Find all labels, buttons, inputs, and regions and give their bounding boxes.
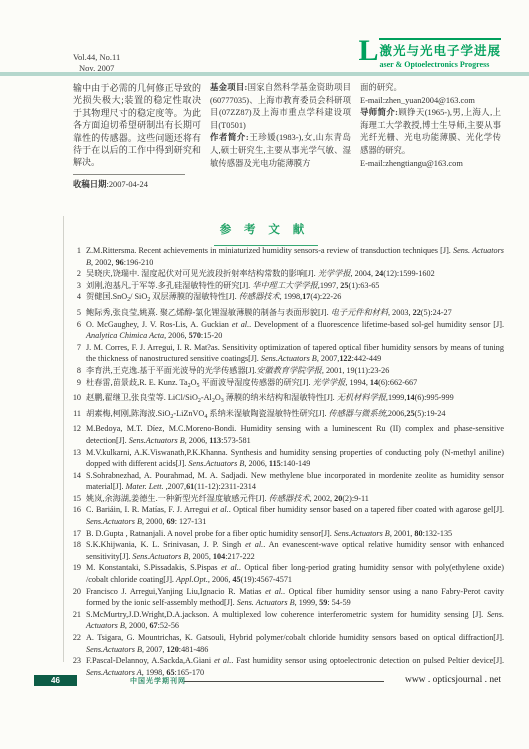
reference-text: M. Konstantaki, S.Pissadakis, S.Pispas e… [86, 562, 504, 585]
advisor-bio-note: 导师简介:顾铮天(1965-),男,上海人,上海理工大学教授,博士生导师,主要从… [360, 107, 501, 157]
reference-item: 7J. M. Corres, F. J. Arregui, I. R. Mat?… [68, 342, 504, 365]
reference-text: M.V.kulkarni, A.K.Viswanath,P.K.Khanna. … [86, 447, 504, 470]
reference-item: 16C. Bariáin, I. R. Matías, F. J. Arregu… [68, 504, 504, 527]
reference-item: 22A. Tsigara, G. Mountrichas, K. Gatsoul… [68, 632, 504, 655]
reference-text: 李育洪,王克逸.基于平面光波导的光学传感器[J].安徽教育学院学报, 2001,… [86, 365, 504, 377]
reference-text: O. McGaughey, J. V. Ros-Lis, A. Guckian … [86, 319, 504, 342]
reference-item: 13M.V.kulkarni, A.K.Viswanath,P.K.Khanna… [68, 447, 504, 470]
reference-text: 吴晓庆,饶瑞中. 湿度起伏对可见光波段折射率结构常数的影响[J]. 光学学报, … [86, 268, 504, 280]
fund-label: 基金项目: [210, 83, 247, 92]
reference-item: 8李育洪,王克逸.基于平面光波导的光学传感器[J].安徽教育学院学报, 2001… [68, 365, 504, 377]
reference-item: 11胡素梅,柯刚,陈海波.SiO2-LiZnVO4 系纳米湿敏陶瓷湿敏特性研究[… [68, 408, 504, 424]
reference-item: 9杜春雷,苗景歧,R. E. Kunz. Ta2O5 平面波导湿度传感器的研究[… [68, 377, 504, 393]
reference-item: 19M. Konstantaki, S.Pissadakis, S.Pispas… [68, 562, 504, 585]
journal-logo: L 激光与光电子学进展 aser & Optoelectronics Progr… [358, 38, 501, 69]
journal-page: Vol.44, No.11 Nov. 2007 L 激光与光电子学进展 aser… [0, 0, 529, 749]
reference-text: 赵鹏,翟继卫,张良莹等. LiCl/SiO2-Al2O3 薄膜的纳米结构和湿敏特… [86, 392, 504, 408]
author-email: E-mail:zhen_yuan2004@163.com [360, 95, 501, 108]
reference-number: 12 [68, 423, 81, 446]
received-label: 收稿日期 [73, 180, 107, 189]
fund-note: 基金项目:国家自然科学基金资助项目(60777035)、上海市教育委员会科研项目… [210, 82, 351, 132]
reference-text: 杜春雷,苗景歧,R. E. Kunz. Ta2O5 平面波导湿度传感器的研究[J… [86, 377, 504, 393]
reference-item: 18S.K.Khijwania, K. L. Srinivasan, J. P.… [68, 539, 504, 562]
reference-text: S.Sohrabnezhad, A. Pourahmad, M. A. Sadj… [86, 470, 504, 493]
reference-item: 10赵鹏,翟继卫,张良莹等. LiCl/SiO2-Al2O3 薄膜的纳米结构和湿… [68, 392, 504, 408]
body-text-column: 输中由于必需的几何修正导致的光损失极大;装置的稳定性取决于其物理尺寸的稳定度等。… [73, 82, 201, 191]
reference-number: 1 [68, 245, 81, 268]
logo-initial-letter: L [358, 38, 378, 64]
reference-number: 22 [68, 632, 81, 655]
reference-item: 15姚岚,余海湖,姜德生.一种新型光纤湿度敏感元件[J]. 传感器技术, 200… [68, 493, 504, 505]
publisher-site-cn: 中国光学期刊网 [130, 676, 186, 686]
references-heading: 参 考 文 献 [0, 221, 529, 237]
reference-number: 2 [68, 268, 81, 280]
received-value: :2007-04-24 [107, 180, 148, 189]
reference-number: 19 [68, 562, 81, 585]
reference-text: 贺健国.SnO2/ SiO2 双层薄膜的湿敏特性[J]. 传感器技术, 1998… [86, 291, 504, 307]
page-number-badge: 46 [34, 675, 77, 686]
reference-number: 5 [68, 307, 81, 319]
reference-number: 9 [68, 377, 81, 393]
left-margin-rule [63, 216, 64, 662]
reference-text: A. Tsigara, G. Mountrichas, K. Gatsouli,… [86, 632, 504, 655]
reference-number: 13 [68, 447, 81, 470]
author-bio-note: 作者简介:王珍媛(1983-),女,山东青岛人,硕士研究生,主要从事光学气敏、湿… [210, 132, 351, 170]
reference-text: S.McMurtry,J.D.Wright,D.A.jackson. A mul… [86, 609, 504, 632]
advisor-bio-label: 导师简介: [360, 108, 398, 117]
reference-item: 20Francisco J. Arregui,Yanjing Liu,Ignac… [68, 586, 504, 609]
reference-item: 6O. McGaughey, J. V. Ros-Lis, A. Guckian… [68, 319, 504, 342]
footnote-rule [73, 174, 185, 175]
reference-number: 7 [68, 342, 81, 365]
advisor-column: 面的研究。 E-mail:zhen_yuan2004@163.com 导师简介:… [360, 82, 501, 191]
reference-number: 18 [68, 539, 81, 562]
reference-number: 14 [68, 470, 81, 493]
reference-number: 21 [68, 609, 81, 632]
reference-text: 胡素梅,柯刚,陈海波.SiO2-LiZnVO4 系纳米湿敏陶瓷湿敏特性研究[J]… [86, 408, 504, 424]
author-bio-label: 作者简介: [210, 133, 249, 142]
body-paragraph: 输中由于必需的几何修正导致的光损失极大;装置的稳定性取决于其物理尺寸的稳定度等。… [73, 82, 201, 169]
volume-line: Vol.44, No.11 [73, 52, 120, 63]
received-date-line: 收稿日期:2007-04-24 [73, 179, 201, 191]
journal-title-cn: 激光与光电子学进展 [379, 41, 501, 59]
advisor-email: E-mail:zhengtiangu@163.com [360, 158, 501, 171]
reference-item: 4贺健国.SnO2/ SiO2 双层薄膜的湿敏特性[J]. 传感器技术, 199… [68, 291, 504, 307]
logo-text-block: 激光与光电子学进展 aser & Optoelectronics Progres… [379, 38, 501, 69]
reference-number: 6 [68, 319, 81, 342]
reference-number: 3 [68, 280, 81, 292]
reference-number: 10 [68, 392, 81, 408]
reference-number: 15 [68, 493, 81, 505]
reference-item: 17B. D.Gupta , Ratnanjali. A novel probe… [68, 528, 504, 540]
reference-number: 11 [68, 408, 81, 424]
reference-text: 刘刚,泡基凡,于军等.多孔硅湿敏特性的研究[J]. 华中理工大学学报,1997,… [86, 280, 504, 292]
header-divider-band [0, 72, 529, 76]
journal-title-en: aser & Optoelectronics Progress [379, 60, 501, 69]
references-list: 1Z.M.Rittersma. Recent achievements in m… [68, 245, 504, 678]
reference-text: 姚岚,余海湖,姜德生.一种新型光纤湿度敏感元件[J]. 传感器技术, 2002,… [86, 493, 504, 505]
reference-item: 14S.Sohrabnezhad, A. Pourahmad, M. A. Sa… [68, 470, 504, 493]
reference-text: Z.M.Rittersma. Recent achievements in mi… [86, 245, 504, 268]
reference-number: 16 [68, 504, 81, 527]
issue-info: Vol.44, No.11 Nov. 2007 [73, 52, 120, 74]
reference-item: 21S.McMurtry,J.D.Wright,D.A.jackson. A m… [68, 609, 504, 632]
reference-number: 20 [68, 586, 81, 609]
reference-text: 鲍际秀,张良莹,姚熹. 聚乙烯醇-氯化锂湿敏薄膜的制备与表面形貌[J]. 电子元… [86, 307, 504, 319]
reference-item: 12M.Bedoya, M.T. Díez, M.C.Moreno-Bondi.… [68, 423, 504, 446]
reference-item: 2吴晓庆,饶瑞中. 湿度起伏对可见光波段折射率结构常数的影响[J]. 光学学报,… [68, 268, 504, 280]
reference-item: 3刘刚,泡基凡,于军等.多孔硅湿敏特性的研究[J]. 华中理工大学学报,1997… [68, 280, 504, 292]
reference-number: 4 [68, 291, 81, 307]
reference-item: 1Z.M.Rittersma. Recent achievements in m… [68, 245, 504, 268]
front-matter-columns: 输中由于必需的几何修正导致的光损失极大;装置的稳定性取决于其物理尺寸的稳定度等。… [73, 82, 501, 191]
reference-number: 8 [68, 365, 81, 377]
fund-author-column: 基金项目:国家自然科学基金资助项目(60777035)、上海市教育委员会科研项目… [210, 82, 351, 191]
reference-text: Francisco J. Arregui,Yanjing Liu,Ignacio… [86, 586, 504, 609]
reference-text: C. Bariáin, I. R. Matías, F. J. Arregui … [86, 504, 504, 527]
bio-carryover-text: 面的研究。 [360, 82, 501, 95]
reference-text: M.Bedoya, M.T. Díez, M.C.Moreno-Bondi. H… [86, 423, 504, 446]
reference-text: J. M. Corres, F. J. Arregui, I. R. Mat?a… [86, 342, 504, 365]
reference-item: 5鲍际秀,张良莹,姚熹. 聚乙烯醇-氯化锂湿敏薄膜的制备与表面形貌[J]. 电子… [68, 307, 504, 319]
footer-rule [184, 681, 384, 682]
reference-text: S.K.Khijwania, K. L. Srinivasan, J. P. S… [86, 539, 504, 562]
reference-number: 17 [68, 528, 81, 540]
reference-text: B. D.Gupta , Ratnanjali. A novel probe f… [86, 528, 504, 540]
page-footer: 46 中国光学期刊网 www . opticsjournal . net [0, 675, 529, 689]
publisher-site-url: www . opticsjournal . net [405, 675, 501, 685]
